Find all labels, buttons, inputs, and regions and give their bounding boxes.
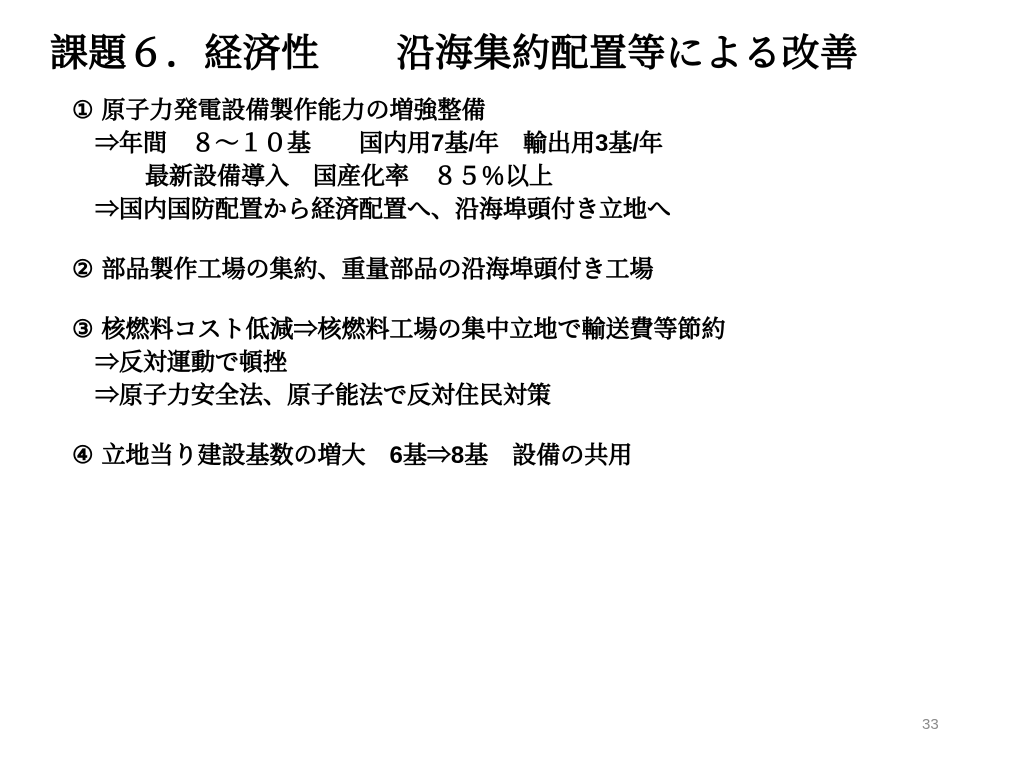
item-head-text: 立地当り建設基数の増大 6基⇒8基 設備の共用 (102, 442, 633, 469)
item-subline: 最新設備導入 国産化率 ８５％以上 (72, 160, 984, 193)
list-item-3: ③核燃料コスト低減⇒核燃料工場の集中立地で輸送費等節約 ⇒反対運動で頓挫 ⇒原子… (72, 313, 984, 412)
item-head-row: ②部品製作工場の集約、重量部品の沿海埠頭付き工場 (72, 253, 984, 286)
item-head-row: ①原子力発電設備製作能力の増強整備 (72, 94, 984, 127)
item-head-text: 部品製作工場の集約、重量部品の沿海埠頭付き工場 (102, 256, 654, 283)
list-item-2: ②部品製作工場の集約、重量部品の沿海埠頭付き工場 (72, 253, 984, 286)
slide-title: 課題６．経済性 沿海集約配置等による改善 (50, 22, 859, 77)
item-subline: ⇒原子力安全法、原子能法で反対住民対策 (72, 379, 984, 412)
item-subline: ⇒年間 ８～１０基 国内用7基/年 輸出用3基/年 (72, 127, 984, 160)
item-subline: ⇒反対運動で頓挫 (72, 346, 984, 379)
item-number: ④ (72, 439, 94, 472)
item-subline: ⇒国内国防配置から経済配置へ、沿海埠頭付き立地へ (72, 193, 984, 226)
item-head-row: ④立地当り建設基数の増大 6基⇒8基 設備の共用 (72, 439, 984, 472)
list-item-1: ①原子力発電設備製作能力の増強整備 ⇒年間 ８～１０基 国内用7基/年 輸出用3… (72, 94, 984, 226)
item-head-row: ③核燃料コスト低減⇒核燃料工場の集中立地で輸送費等節約 (72, 313, 984, 346)
slide-body: ①原子力発電設備製作能力の増強整備 ⇒年間 ８～１０基 国内用7基/年 輸出用3… (72, 94, 984, 499)
item-number: ③ (72, 313, 94, 346)
item-number: ② (72, 253, 94, 286)
item-head-text: 核燃料コスト低減⇒核燃料工場の集中立地で輸送費等節約 (102, 316, 726, 343)
page-number: 33 (922, 716, 939, 733)
presentation-slide: 課題６．経済性 沿海集約配置等による改善 ①原子力発電設備製作能力の増強整備 ⇒… (0, 0, 1024, 764)
item-number: ① (72, 94, 94, 127)
list-item-4: ④立地当り建設基数の増大 6基⇒8基 設備の共用 (72, 439, 984, 472)
item-head-text: 原子力発電設備製作能力の増強整備 (102, 97, 486, 124)
